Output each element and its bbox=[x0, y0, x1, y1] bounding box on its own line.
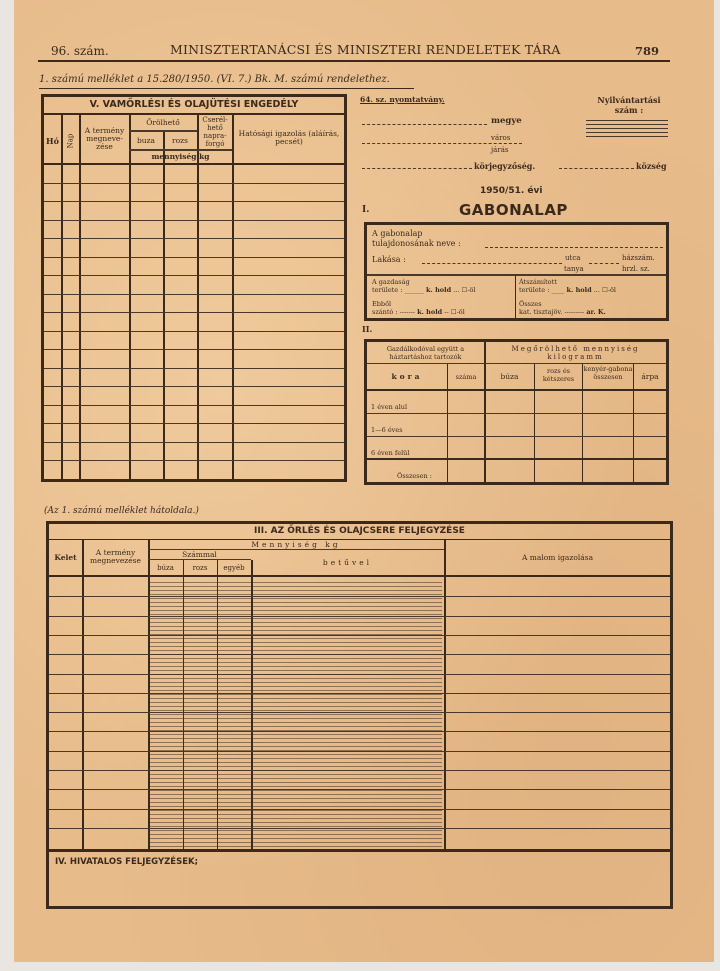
arable-label-1: Ebből bbox=[372, 300, 465, 308]
col-quantity: Mennyiség kg bbox=[148, 541, 444, 549]
row-1-6: 1—6 éves bbox=[371, 426, 403, 434]
header-rule bbox=[38, 60, 670, 62]
street-label: utca bbox=[565, 254, 580, 262]
page-number: 789 bbox=[635, 44, 659, 58]
section-ii-table: Gazdálkodóval együtt a háztartáshoz tart… bbox=[364, 339, 669, 485]
arable-label-2: szántó : bbox=[372, 308, 398, 316]
address-field[interactable] bbox=[422, 263, 562, 264]
table-row-line bbox=[49, 828, 670, 829]
col-in-numbers: Számmal bbox=[148, 551, 251, 559]
table-row-line bbox=[49, 751, 670, 752]
table-row-line bbox=[44, 238, 344, 239]
owner-label-1: A gabonalap bbox=[372, 229, 423, 238]
district-label: járás bbox=[491, 146, 508, 154]
table-row-line bbox=[44, 220, 344, 221]
table-row-line bbox=[44, 349, 344, 350]
table-row-line bbox=[44, 294, 344, 295]
notary-field[interactable] bbox=[362, 168, 472, 169]
household-header: Gazdálkodóval együtt a háztartáshoz tart… bbox=[367, 345, 484, 361]
section-iii-table: III. AZ ŐRLÉS ÉS OLAJCSERE FELJEGYZÉSE K… bbox=[46, 521, 673, 849]
converted-area-label-1: Átszámított bbox=[519, 278, 616, 286]
annex-underline bbox=[39, 88, 414, 89]
house-number-label: házszám. bbox=[622, 254, 655, 262]
col-crop-name: A termény megneve-zése bbox=[80, 127, 129, 151]
unit-hold: k. hold bbox=[417, 308, 442, 316]
col-wheat: búza bbox=[148, 564, 183, 572]
table-row-line bbox=[49, 789, 670, 790]
unit-ol: ☐-öl bbox=[462, 286, 476, 294]
notary-label: körjegyzőség. bbox=[474, 161, 535, 171]
col-rye-mixed: rozs és kétszeres bbox=[535, 367, 582, 383]
address-label: Lakása : bbox=[372, 255, 406, 264]
back-side-note: (Az 1. számú melléklet hátoldala.) bbox=[44, 506, 199, 516]
table-row-line bbox=[44, 331, 344, 332]
village-field[interactable] bbox=[559, 168, 634, 169]
farm-area-label-1: A gazdaság bbox=[372, 278, 476, 286]
col-bread-grain-total: kenyér-gabona összesen bbox=[583, 365, 633, 381]
form-number: 64. sz. nyomtatvány. bbox=[360, 95, 445, 104]
table-row-line bbox=[44, 442, 344, 443]
farm-area-label-2: területe : bbox=[372, 286, 402, 294]
table-row-line bbox=[44, 201, 344, 202]
county-field[interactable] bbox=[362, 124, 487, 125]
total-income-label-1: Összes bbox=[519, 300, 606, 308]
col-rye: rozs bbox=[183, 564, 217, 572]
table-row-line bbox=[49, 731, 670, 732]
table-row-line bbox=[49, 693, 670, 694]
table-row-line bbox=[49, 616, 670, 617]
gabonalap-title: GABONALAP bbox=[459, 201, 568, 219]
unit-ol: ☐-öl bbox=[451, 308, 465, 316]
table-row-line bbox=[49, 674, 670, 675]
owner-label-2: tulajdonosának neve : bbox=[372, 239, 461, 248]
city-label: város bbox=[491, 134, 510, 142]
issue-number: 96. szám. bbox=[51, 44, 109, 58]
section-iv-box: IV. HIVATALOS FELJEGYZÉSEK; bbox=[46, 849, 673, 909]
table-row-line bbox=[44, 183, 344, 184]
section-v-title: V. VAMŐRLÉSI ÉS OLAJÜTÉSI ENGEDÉLY bbox=[44, 97, 344, 115]
table-row-line bbox=[44, 312, 344, 313]
row-under-1: 1 éven alul bbox=[371, 403, 407, 411]
col-mill-certification: A malom igazolása bbox=[445, 554, 670, 562]
owner-name-field[interactable] bbox=[485, 247, 663, 248]
section-iv-title: IV. HIVATALOS FELJEGYZÉSEK; bbox=[55, 857, 198, 867]
unit-ol: ☐-öl bbox=[602, 286, 616, 294]
col-date: Kelet bbox=[49, 554, 82, 562]
col-day: Nap bbox=[67, 133, 75, 150]
unit-ark: ar. K. bbox=[586, 308, 605, 316]
converted-area-label-2: területe : bbox=[519, 286, 549, 294]
table-row-line bbox=[49, 635, 670, 636]
unit-hold: k. hold bbox=[567, 286, 592, 294]
col-wheat: buza bbox=[129, 137, 163, 145]
section-i-label: I. bbox=[362, 205, 369, 215]
col-crop-name: A termény megnevezése bbox=[83, 549, 148, 565]
county-label: megye bbox=[491, 116, 522, 126]
city-district-field[interactable] bbox=[362, 143, 522, 144]
table-row-line bbox=[44, 275, 344, 276]
table-row-line bbox=[49, 712, 670, 713]
col-millable: Őrölhető bbox=[129, 119, 197, 127]
col-barley: árpa bbox=[634, 373, 666, 381]
section-v-table: V. VAMŐRLÉSI ÉS OLAJÜTÉSI ENGEDÉLY Hó Na… bbox=[41, 94, 347, 482]
farm-label: tanya bbox=[564, 265, 584, 273]
col-other: egyéb bbox=[217, 564, 251, 572]
section-ii-label: II. bbox=[362, 324, 372, 334]
table-row-line bbox=[49, 596, 670, 597]
col-certification: Hatósági igazolás (aláírás, pecsét) bbox=[234, 130, 344, 146]
col-rye: rozs bbox=[163, 137, 197, 145]
table-row-line bbox=[44, 423, 344, 424]
lot-number-label: hrzl. sz. bbox=[622, 265, 650, 273]
document-page: 96. szám. MINISZTERTANÁCSI ÉS MINISZTERI… bbox=[14, 0, 714, 962]
col-wheat: búza bbox=[485, 373, 534, 381]
table-row-line bbox=[49, 809, 670, 810]
col-in-words: betűvel bbox=[251, 559, 444, 567]
col-age: kora bbox=[367, 373, 447, 381]
total-income-label-2: kat. tisztajöv. bbox=[519, 308, 562, 316]
section-iii-title: III. AZ ŐRLÉS ÉS OLAJCSERE FELJEGYZÉSE bbox=[49, 524, 670, 540]
col-count: száma bbox=[448, 373, 484, 381]
col-month: Hó bbox=[44, 137, 61, 145]
millable-header: Megőrölhető mennyiség kilogramm bbox=[485, 345, 666, 361]
table-row-line bbox=[49, 654, 670, 655]
registry-number-field[interactable] bbox=[586, 120, 668, 140]
table-row-line bbox=[44, 257, 344, 258]
unit-hold: k. hold bbox=[426, 286, 451, 294]
registry-label: Nyilvántartási szám : bbox=[589, 95, 669, 115]
table-row-line bbox=[44, 386, 344, 387]
house-number-field[interactable] bbox=[589, 263, 619, 264]
row-total: Összesen : bbox=[397, 472, 432, 480]
gabonalap-year: 1950/51. évi bbox=[480, 186, 542, 196]
table-row-line bbox=[44, 460, 344, 461]
publication-title: MINISZTERTANÁCSI ÉS MINISZTERI RENDELETE… bbox=[170, 42, 561, 57]
table-row-line bbox=[49, 770, 670, 771]
table-row-line bbox=[44, 368, 344, 369]
row-over-6: 6 éven felül bbox=[371, 449, 409, 457]
col-sunflower: Cserél-hető napra-forgó bbox=[198, 116, 232, 148]
table-row-line bbox=[44, 405, 344, 406]
gabonalap-owner-box: A gabonalap tulajdonosának neve : Lakása… bbox=[364, 222, 669, 321]
col-quantity: mennyiség kg bbox=[129, 153, 232, 161]
annex-title: 1. számú melléklet a 15.280/1950. (VI. 7… bbox=[39, 74, 390, 85]
village-label: község bbox=[636, 161, 667, 171]
